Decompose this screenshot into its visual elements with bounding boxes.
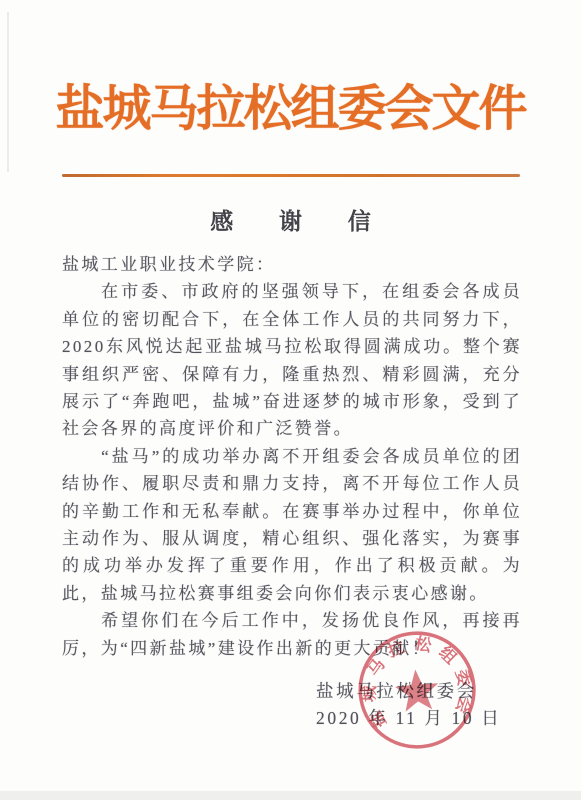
body-paragraph-2: “盐马”的成功举办离不开组委会各成员单位的团结协作、履职尽责和鼎力支持，离不开每… — [62, 443, 522, 607]
scanned-letter-page: 盐城马拉松组委会文件 感 谢 信 盐城工业职业技术学院： 在市委、市政府的坚强领… — [0, 0, 581, 800]
signature-date: 2020 年 11 月 10 日 — [316, 705, 501, 732]
signature-organization: 盐城马拉松组委会 — [316, 678, 501, 705]
document-title: 感 谢 信 — [0, 203, 581, 236]
body-paragraph-1: 在市委、市政府的坚强领导下，在组委会各成员单位的密切配合下，在全体工作人员的共同… — [62, 278, 522, 442]
body-paragraph-3: 希望你们在今后工作中，发扬优良作风，再接再厉，为“四新盐城”建设作出新的更大贡献… — [62, 607, 522, 662]
salutation: 盐城工业职业技术学院： — [62, 251, 522, 278]
letterhead-divider-rule — [62, 174, 520, 177]
letterhead-title: 盐城马拉松组委会文件 — [0, 70, 581, 140]
scan-bottom-shadow — [0, 791, 581, 800]
letter-body: 盐城工业职业技术学院： 在市委、市政府的坚强领导下，在组委会各成员单位的密切配合… — [62, 251, 522, 662]
signature-block: 盐城马拉松组委会 2020 年 11 月 10 日 — [316, 678, 501, 732]
